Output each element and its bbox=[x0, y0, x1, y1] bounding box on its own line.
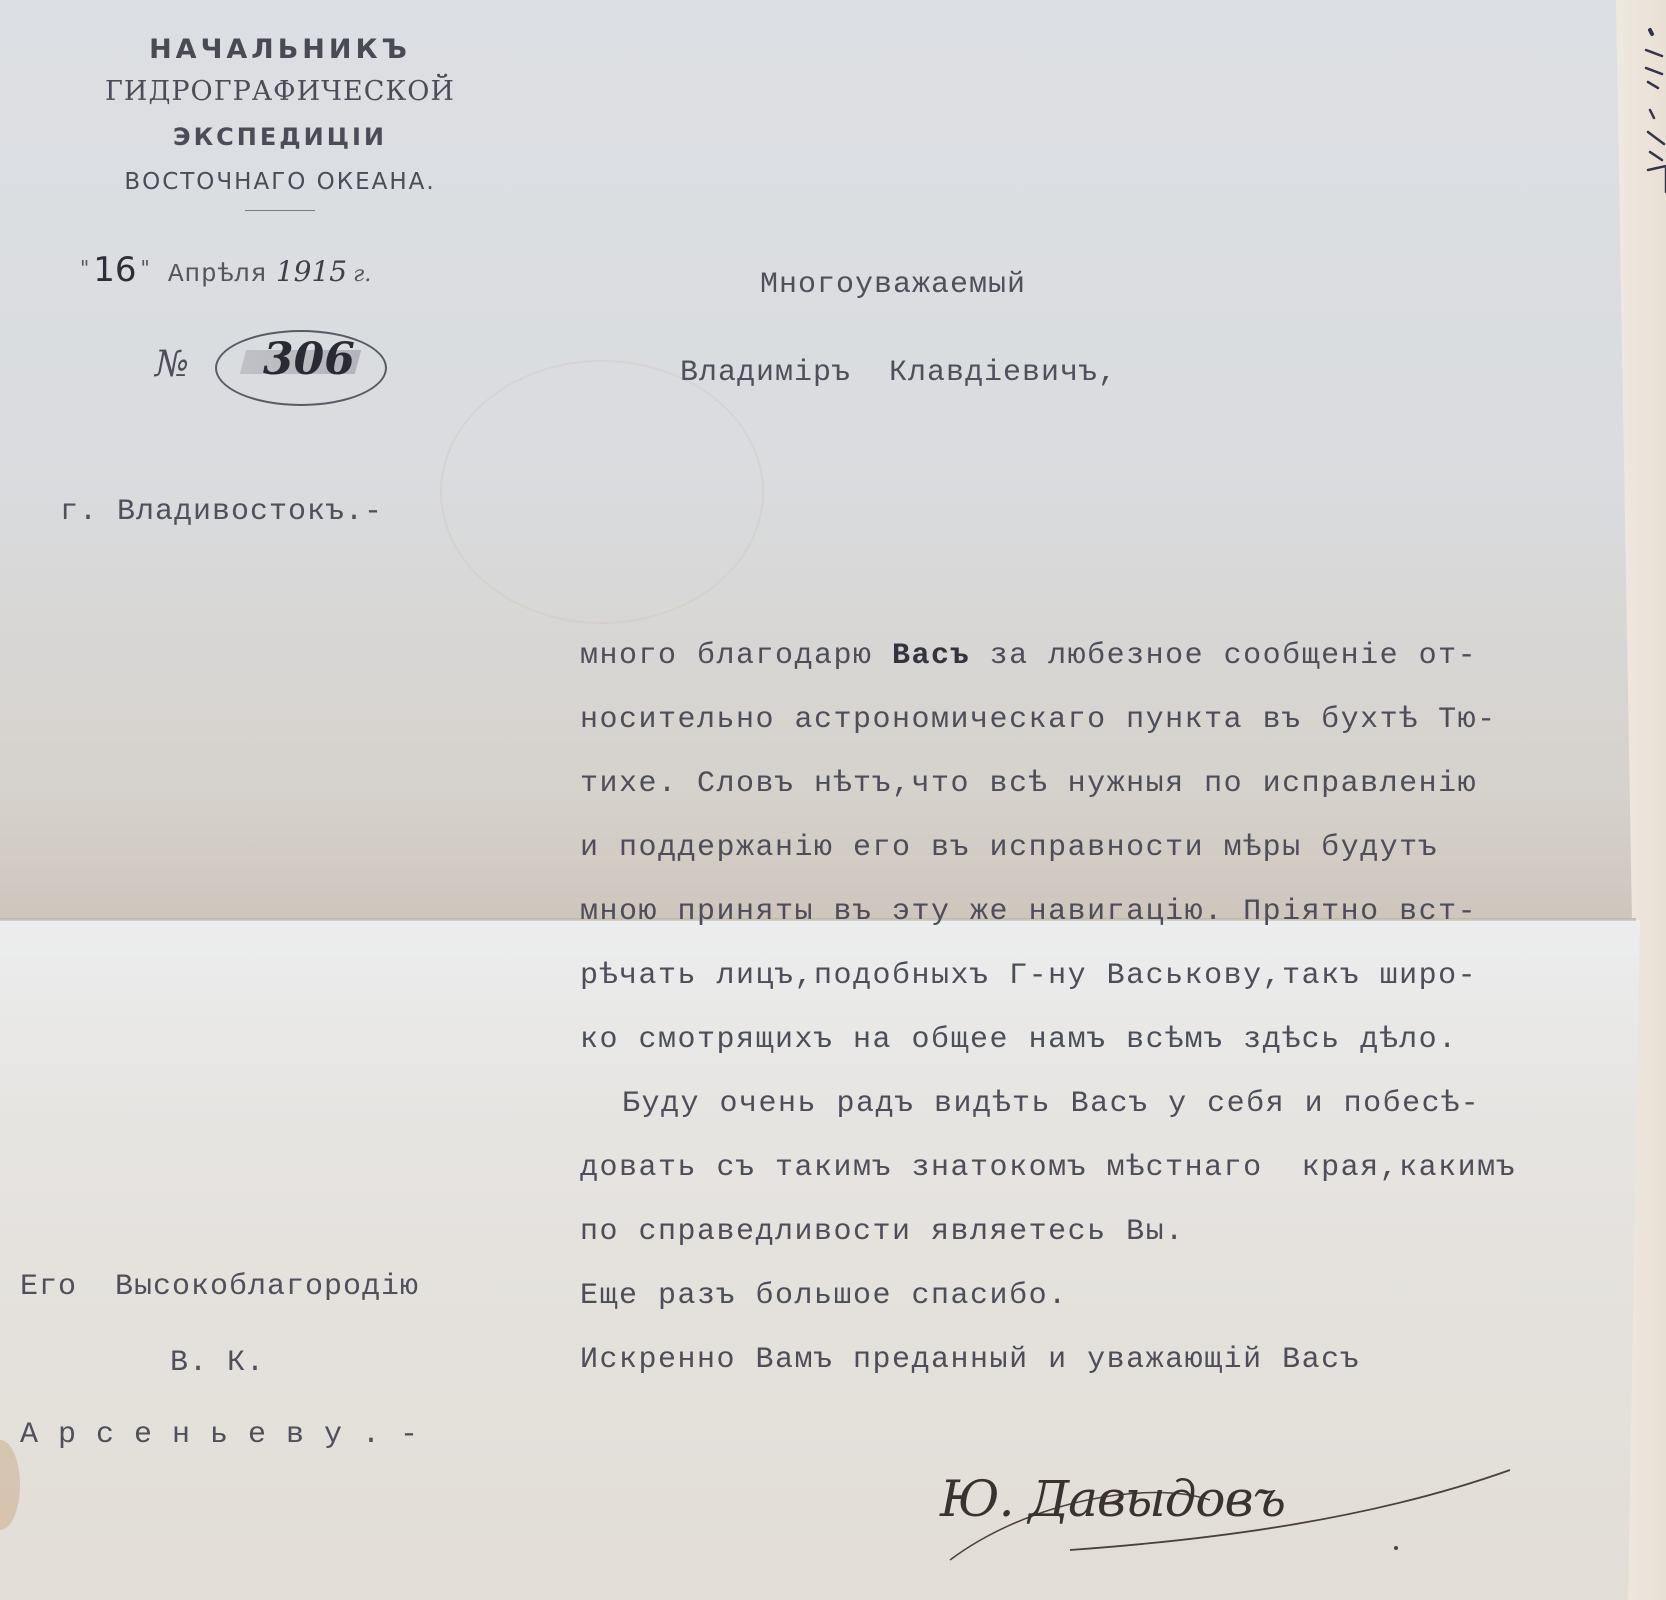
body-line: ко смотрящихъ на общее намъ всѣмъ здѣсь … bbox=[580, 1008, 1516, 1072]
body-line: Еще разъ большое спасибо. bbox=[580, 1264, 1516, 1328]
body-line: тихе. Словъ нѣтъ,что всѣ нужныя по испра… bbox=[580, 752, 1516, 816]
closing-line: Искренно Вамъ преданный и уважающій Васъ bbox=[580, 1328, 1516, 1392]
body-line: много благодарю Васъ за любезное сообщен… bbox=[580, 624, 1516, 688]
handwritten-margin-note bbox=[1644, 20, 1666, 220]
body-line: Буду очень радъ видѣть Васъ у себя и поб… bbox=[580, 1072, 1516, 1136]
addressee-title: Его Высокоблагородію bbox=[20, 1270, 419, 1304]
body-line: рѣчать лицъ,подобныхъ Г-ну Васькову,такъ… bbox=[580, 944, 1516, 1008]
body-line: носительно астрономическаго пункта въ бу… bbox=[580, 688, 1516, 752]
letterhead-line: ВОСТОЧНАГО ОКЕАНА. bbox=[70, 160, 490, 204]
body-line: и поддержанію его въ исправности мѣры бу… bbox=[580, 816, 1516, 880]
letter-date: "16" Апрѣля 1915г. bbox=[80, 250, 371, 290]
signature: Ю. Давыдовъ bbox=[940, 1470, 1540, 1570]
salutation-line1: Многоуважаемый bbox=[760, 268, 1026, 302]
reference-number: 306 bbox=[263, 334, 355, 385]
date-day: 16 bbox=[93, 250, 136, 290]
body-line: довать съ такимъ знатокомъ мѣстнаго края… bbox=[580, 1136, 1516, 1200]
date-quote: " bbox=[140, 256, 149, 280]
date-quote: " bbox=[80, 256, 89, 280]
addressee-initials: В. К. bbox=[170, 1346, 265, 1380]
date-year: 1915 bbox=[276, 255, 347, 288]
addressee-name: Арсеньеву.- bbox=[20, 1418, 438, 1452]
date-month: Апрѣля bbox=[168, 259, 268, 289]
letterhead: НАЧАЛЬНИКЪ ГИДРОГРАФИЧЕСКОЙ ЭКСПЕДИЦІИ В… bbox=[70, 30, 490, 214]
letterhead-line: ЭКСПЕДИЦІИ bbox=[70, 114, 490, 160]
city-line: г. Владивостокъ.- bbox=[60, 495, 383, 529]
ornament-divider-icon bbox=[245, 208, 315, 214]
number-sign: № bbox=[155, 344, 189, 385]
letterhead-title: НАЧАЛЬНИКЪ bbox=[70, 30, 490, 70]
date-year-suffix: г. bbox=[353, 262, 371, 287]
signature-text: Ю. Давыдовъ bbox=[940, 1470, 1285, 1528]
body-line: по справедливости являетесь Вы. bbox=[580, 1200, 1516, 1264]
salutation-line2: Владиміръ Клавдіевичъ, bbox=[680, 356, 1117, 390]
reference-number-stamp: № 306 bbox=[155, 330, 395, 410]
body-line: мною приняты въ эту же навигацію. Пріятн… bbox=[580, 880, 1516, 944]
letterhead-line: ГИДРОГРАФИЧЕСКОЙ bbox=[70, 70, 490, 114]
letter-body: много благодарю Васъ за любезное сообщен… bbox=[580, 624, 1516, 1392]
emphasis-text: Васъ bbox=[892, 639, 970, 673]
